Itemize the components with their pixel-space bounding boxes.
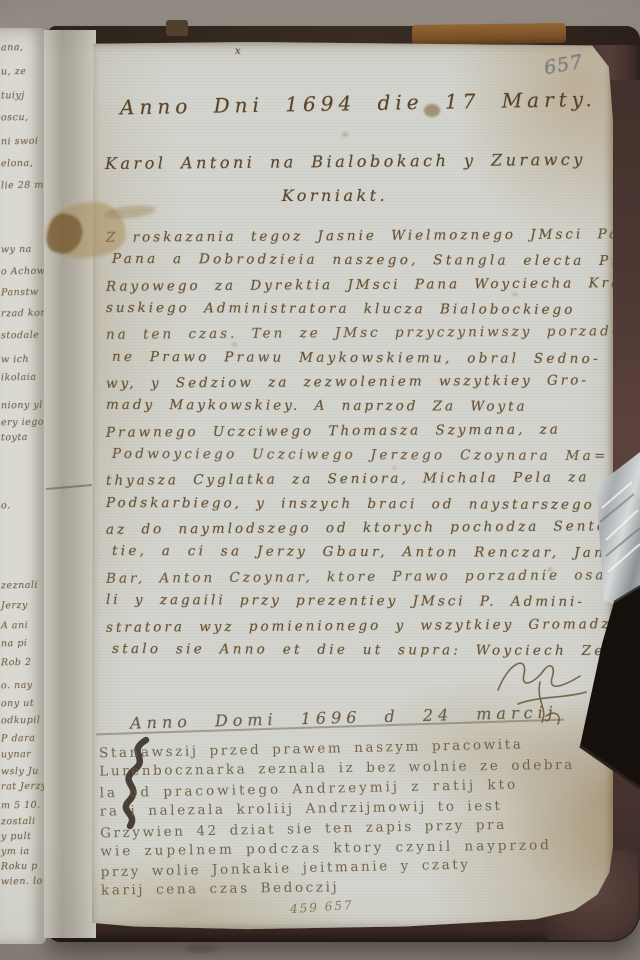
top-edge-tab [166,20,188,36]
adjacent-page-text-fragment: wy na [1,244,46,256]
adjacent-page-text-fragment: elona, [1,158,46,170]
manuscript-line: Z roskazania tegoz Jasnie Wielmoznego JM… [106,222,612,250]
adjacent-page-text-fragment: o Achow [1,266,46,278]
photo-of-manuscript: ana,u, zetuiyjoscu,ni swoielona,lie 28 m… [0,0,640,960]
entry-1694-title-line1: Karol Antoni na Bialobokach y Zurawcy [105,150,565,173]
adjacent-page-text-fragment: rzad kon [1,308,46,320]
manuscript-line: tie, a ci sa Jerzy Gbaur, Anton Renczar,… [112,539,612,566]
adjacent-page-text-fragment: wien. lo [1,876,46,888]
adjacent-page-text-fragment: ikolaia [1,372,46,384]
foxing-spot [342,132,348,137]
manuscript-line: Bar, Anton Czoynar, ktore Prawo porzadni… [106,563,612,591]
top-edge-leather-patch [412,23,566,45]
table-smudge [185,944,219,953]
manuscript-line: Rayowego za Dyrektia JMsci Pana Woyciech… [106,271,612,299]
ink-spot [424,104,440,117]
foxing-spot [547,567,553,572]
adjacent-page-text-fragment: rat Jerzy [1,781,46,793]
adjacent-page-text-fragment: y pult [1,831,46,843]
entry-1694-date-line: Anno Dni 1694 die 17 Marty. [120,89,500,120]
adjacent-page-text-fragment: zeznali [1,580,46,592]
adjacent-page-text-fragment: u, ze [1,66,46,78]
adjacent-page-text-fragment: oscu, [1,112,46,124]
manuscript-line: wy, y Sedziow za zezwoleniem wszytkiey G… [106,368,612,396]
adjacent-page-text-fragment: wsly Ju [1,766,46,778]
foxing-spot [232,342,237,347]
adjacent-page-text-fragment: na pi [1,638,46,650]
folio-number-pencil: 657 [542,51,584,79]
manuscript-line: ne Prawo Prawu Maykowskiemu, obral Sedno… [112,345,612,372]
adjacent-page-text-fragment: ni swoi [1,136,46,148]
manuscript-page: 657 x Anno Dni 1694 die 17 Marty. Karol … [92,42,613,930]
manuscript-line: mady Maykowskiey. A naprzod Za Woyta [106,393,612,420]
margin-x-mark: x [235,46,241,57]
manuscript-line: stratora wyz pomienionego y wszytkiey Gr… [106,612,612,640]
manuscript-line: Pana a Dobrodzieia naszego, Stangla elec… [112,247,612,274]
adjacent-page-text-fragment: Jerzy [1,600,46,612]
previous-page-edge: ana,u, zetuiyjoscu,ni swoielona,lie 28 m… [0,28,46,944]
adjacent-page-text-fragment: lie 28 m [1,180,46,192]
adjacent-page-text-fragment: Panstw [1,287,46,299]
adjacent-page-text-fragment: odkupil [1,715,46,727]
adjacent-page-text-fragment: Rob 2 [1,657,46,669]
manuscript-line: Podskarbiego, y inszych braci od naystar… [106,491,612,518]
leather-strap [576,578,640,792]
adjacent-page-text-fragment: uynar [1,749,46,761]
adjacent-page-text-fragment: tuiyj [1,90,46,102]
manuscript-line: Prawnego Uczciwego Thomasza Szymana, za [106,417,612,445]
adjacent-page-text-fragment: P dara [1,733,46,745]
folio-number-bottom-ink: 459 657 [290,898,354,916]
foxing-spot [392,466,397,470]
adjacent-page-text-fragment: Roku p [1,861,46,873]
adjacent-page-text-fragment: stodale [1,330,46,342]
adjacent-page-text-fragment: niony yl [1,400,46,412]
manuscript-line: Podwoyciego Uczciwego Jerzego Czoynara M… [112,442,612,469]
adjacent-page-text-fragment: m 5 10. [1,800,46,812]
adjacent-page-text-fragment: ony ut [1,698,46,710]
adjacent-page-text-fragment: ym ia [1,846,46,858]
manuscript-line: thyasza Cyglatka za Seniora, Michala Pel… [106,466,612,494]
adjacent-page-text-fragment: o. [1,500,46,512]
adjacent-page-text-fragment: ana, [1,42,46,54]
entry-1694-body: Z roskazania tegoz Jasnie Wielmoznego JM… [106,224,612,662]
foxing-spot [512,292,518,297]
adjacent-page-text-fragment: A ani [1,620,46,632]
adjacent-page-text-fragment: zostali [1,816,46,828]
manuscript-line: li y zagaili przy prezentiey JMsci P. Ad… [106,588,612,615]
manuscript-line: az do naymlodszego od ktorych pochodza S… [106,514,612,542]
manuscript-line: suskiego Administratora klucza Bialobock… [106,296,612,323]
entry-1696-body: Stanawszij przed prawem naszym pracowita… [99,735,613,901]
manuscript-line: na ten czas. Ten ze JMsc przyczyniwszy p… [106,320,612,348]
adjacent-page-text-fragment: w ich [1,354,46,366]
entry-1694-title-line2: Korniakt. [105,186,565,205]
adjacent-page-text-fragment: ery iego [1,417,46,429]
adjacent-page-text-fragment: toyta [1,432,46,444]
adjacent-page-text-fragment: o. nay [1,680,46,692]
